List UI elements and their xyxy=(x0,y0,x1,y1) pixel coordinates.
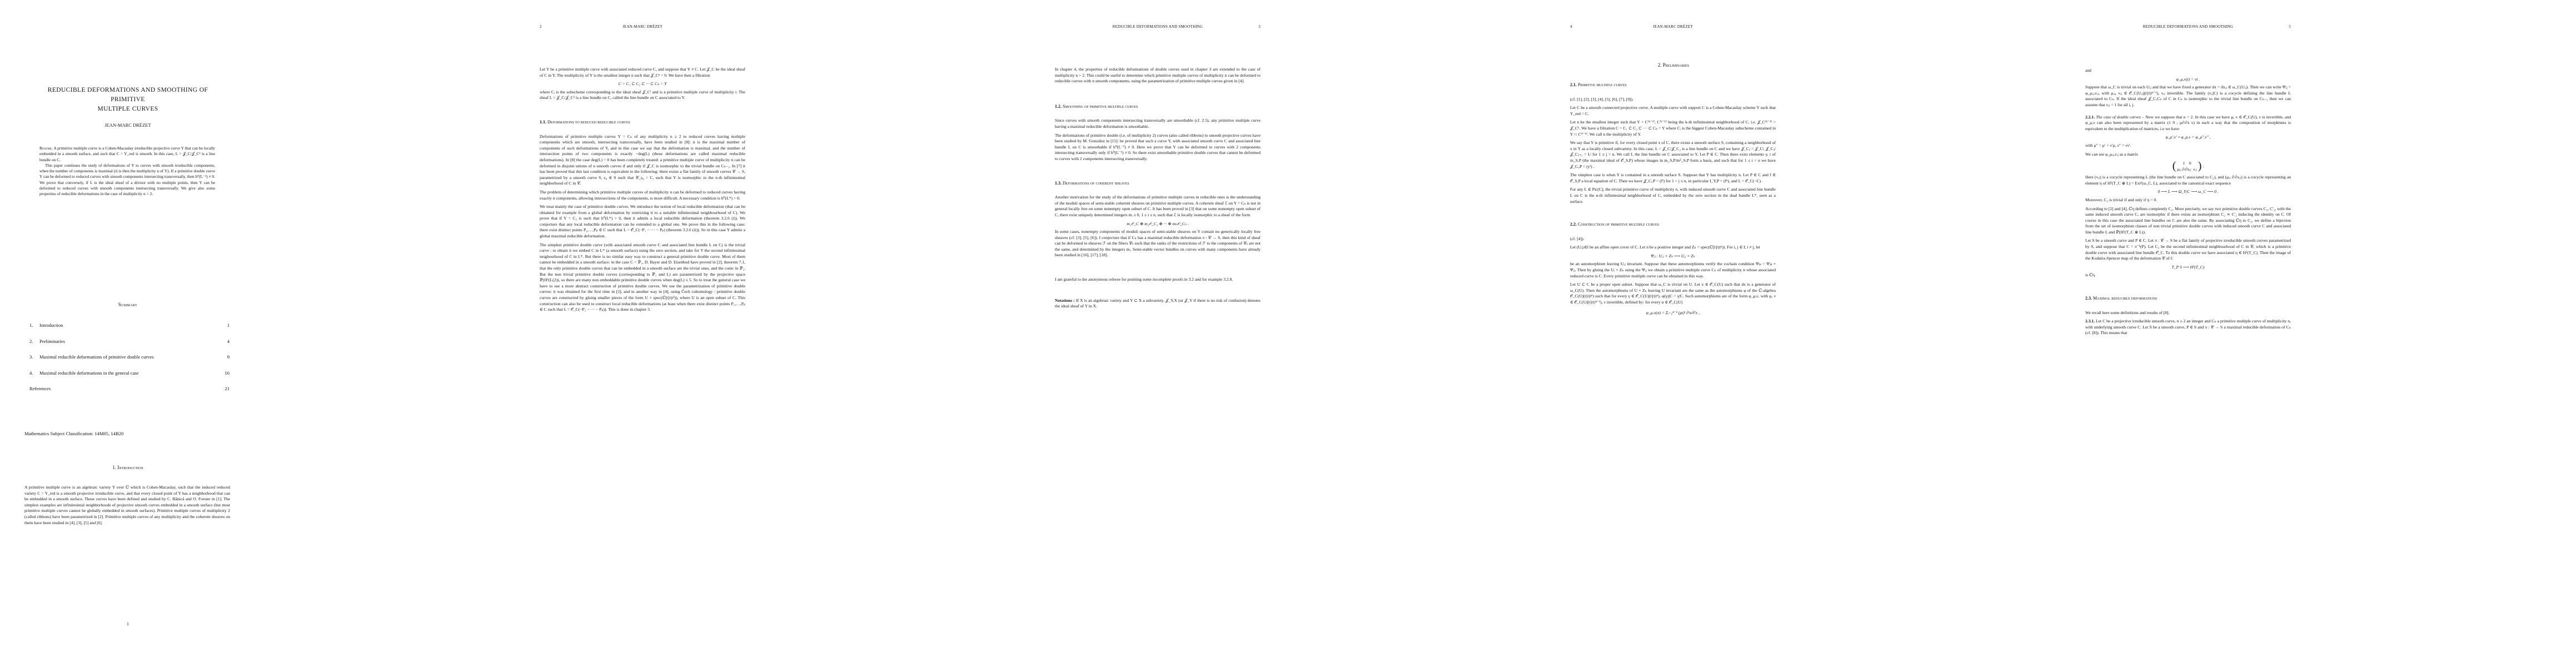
subsection-title: Construction of primitive multiple curve… xyxy=(1578,222,1659,227)
subsection-title: Smoothing of primitive multiple curves xyxy=(1063,104,1138,109)
equation-automorphism: Ψᵢⱼ : Uᵢⱼ × Zₙ ⟶ Uᵢⱼ × Zₙ xyxy=(1570,253,1776,260)
paragraph-title: The case of double curves xyxy=(2096,115,2140,120)
section-heading-preliminaries: 2. Preliminaries xyxy=(1546,62,1801,68)
equation-sheaf-form: m₁𝒪_C ⊕ m₂𝒪_C₂ ⊕ ··· ⊕ mₙ𝒪_Cₙ . xyxy=(1055,221,1260,227)
paragraph: be an automorphism leaving Uᵢⱼ invariant… xyxy=(1570,261,1776,279)
citation-list: (cf. [1], [2], [3], [4], [5], [6], [7], … xyxy=(1570,97,1776,103)
matrix-entry: 0 xyxy=(2189,161,2191,166)
subsection-number: 2.2. xyxy=(1570,222,1577,227)
paragraph-number: 2.2.1. xyxy=(2085,115,2095,120)
matrix-entry: 1 xyxy=(2183,161,2185,166)
subsection-title: Primitive multiple curves xyxy=(1578,82,1627,87)
equation-exact-sequence: 0 ⟶ L ⟶ Ω_Y|C ⟶ ω_C ⟶ 0 . xyxy=(2085,189,2291,195)
toc-entry-double-curves[interactable]: 3. Maximal reducible deformations of pri… xyxy=(29,354,230,370)
paragraph: Let (Uᵢ)ᵢ∈I be an affine open cover of C… xyxy=(1570,245,1776,251)
toc-page: 16 xyxy=(225,370,230,376)
paragraph-double-curves: 2.2.1. The case of double curves – Now w… xyxy=(2085,115,2291,132)
paragraph: Let U ⊂ C be a proper open subset. Suppo… xyxy=(1570,282,1776,305)
subsection-number: 2.1. xyxy=(1570,82,1577,87)
citation-list: (cf. [4]). xyxy=(1570,236,1776,242)
paragraph-text: Let C be a projective irreducible smooth… xyxy=(2085,318,2291,335)
notations-paragraph: Notations : If X is an algebraic variety… xyxy=(1055,298,1260,310)
toc-entry-general-case[interactable]: 4. Maximal reducible deformations in the… xyxy=(29,370,230,386)
header-page-number: 5 xyxy=(2289,24,2291,29)
paragraph: Let C be a smooth connected projective c… xyxy=(1570,105,1776,117)
page-3: REDUCIBLE DEFORMATIONS AND SMOOTHING 3 I… xyxy=(1030,0,1546,667)
subsection-heading-2-1: 2.1. Primitive multiple curves xyxy=(1570,82,1776,88)
equation-phi-t: φ_μ,ν(t) = νt . xyxy=(2085,77,2291,83)
paragraph: We can see φ_μᵢⱼ,νᵢⱼ as a matrix xyxy=(2085,152,2291,158)
equation-kodaira-spencer: T_P S ⟶ H¹(T_C) xyxy=(2085,265,2291,271)
toc-number: 1. xyxy=(29,322,33,328)
subsection-number: 2.3. xyxy=(2085,296,2092,301)
notations-label: Notations : xyxy=(1055,298,1075,303)
paragraph: Let Y be a primitive multiple curve with… xyxy=(540,67,745,78)
toc-number: 4. xyxy=(29,370,33,376)
page-4: 4 JEAN-MARC DRÉZET 2. Preliminaries 2.1.… xyxy=(1546,0,2061,667)
page-1: REDUCIBLE DEFORMATIONS AND SMOOTHING OF … xyxy=(0,0,515,667)
equation-filtration: C = C₁ ⊂ C₂ ⊂ ··· ⊂ Cₙ = Y xyxy=(540,81,745,87)
matrix-entry: νᵢⱼ xyxy=(2193,167,2197,172)
subsection-title: Maximal reducible deformations xyxy=(2093,296,2157,301)
subsection-heading-1-3: 1.3. Deformations of coherent sheaves xyxy=(1055,181,1260,187)
paragraph: The simplest primitive double curve (wit… xyxy=(540,242,745,313)
toc-label: References xyxy=(29,386,51,391)
paragraph: In chapter 4, the properties of reducibl… xyxy=(1055,67,1260,84)
paragraph: We say that Y is primitive if, for every… xyxy=(1570,140,1776,170)
page-2: 2 JEAN-MARC DRÉZET Let Y be a primitive … xyxy=(515,0,1030,667)
toc-label: Maximal reducible deformations in the ge… xyxy=(39,370,139,376)
notations-text: If X is an algebraic variety and Y ⊂ X a… xyxy=(1055,298,1260,309)
page-4-body: 2.1. Primitive multiple curves (cf. [1],… xyxy=(1570,82,1776,318)
toc-label: Introduction xyxy=(39,322,63,328)
paragraph: Suppose that ω_C is trivial on each Uᵢⱼ … xyxy=(2085,84,2291,108)
paper-title: REDUCIBLE DEFORMATIONS AND SMOOTHING OF … xyxy=(33,86,222,114)
paragraph: In some cases, nonempty components of mo… xyxy=(1055,229,1260,258)
toc-entry-preliminaries[interactable]: 2. Preliminaries 4 xyxy=(29,339,230,355)
toc-page: 1 xyxy=(227,322,230,328)
page-5-body: and φ_μ,ν(t) = νt . Suppose that ω_C is … xyxy=(2085,68,2291,339)
paragraph: Let S be a smooth curve and P ∈ C. Let π… xyxy=(2085,238,2291,261)
paragraph-2-3-1: 2.3.1. Let C be a projective irreducible… xyxy=(2085,318,2291,336)
subsection-heading-1-1: 1.1. Deformations to reduced reducible c… xyxy=(540,120,745,126)
intro-body: A primitive multiple curve is an algebra… xyxy=(24,485,230,529)
page-5: REDUCIBLE DEFORMATIONS AND SMOOTHING 5 a… xyxy=(2061,0,2576,667)
toc-page: 9 xyxy=(227,354,230,360)
toc-label: Preliminaries xyxy=(39,339,65,344)
subsection-title: Deformations of coherent sheaves xyxy=(1063,181,1129,186)
paragraph: For any L ∈ Pic(C), the trivial primitiv… xyxy=(1570,187,1776,205)
toc-page: 21 xyxy=(225,386,230,391)
header-page-number: 3 xyxy=(1258,24,1260,29)
intro-paragraph: A primitive multiple curve is an algebra… xyxy=(24,485,230,526)
toc-number: 3. xyxy=(29,354,33,360)
page-2-body: Let Y be a primitive multiple curve with… xyxy=(540,67,745,316)
toc-page: 4 xyxy=(227,339,230,344)
toc-entry-introduction[interactable]: 1. Introduction 1 xyxy=(29,322,230,339)
paragraph: with μ″ = μ′ + ν′μ, ν″ = νν′. xyxy=(2085,143,2291,149)
paragraph-number: 2.3.1. xyxy=(2085,318,2095,323)
paragraph: where Cᵢ is the subscheme corresponding … xyxy=(540,89,745,101)
paragraph: We treat mainly the case of primitive do… xyxy=(540,204,745,240)
toc-number: 2. xyxy=(29,339,33,344)
toc-entry-references[interactable]: References 21 xyxy=(29,386,230,402)
subsection-number: 1.3. xyxy=(1055,181,1062,186)
subsection-heading-1-2: 1.2. Smoothing of primitive multiple cur… xyxy=(1055,104,1260,110)
paragraph: Since curves with smooth components inte… xyxy=(1055,118,1260,130)
title-line-1: REDUCIBLE DEFORMATIONS AND SMOOTHING OF … xyxy=(33,86,222,104)
summary-heading: Summary xyxy=(0,302,256,307)
matrix: ( 1 0 μᵢⱼ ∂/∂xᵢⱼ νᵢⱼ ) . xyxy=(2085,160,2291,172)
paragraph: Here (νᵢⱼ) is a cocycle representing L (… xyxy=(2085,175,2291,186)
abstract: Resume. A primitive multiple curve is a … xyxy=(39,146,215,197)
paragraph: The problem of determining which primiti… xyxy=(540,190,745,201)
page-3-body: In chapter 4, the properties of reducibl… xyxy=(1055,67,1260,312)
header-author: JEAN-MARC DRÉZET xyxy=(540,24,745,29)
paragraph: According to [2] and [4], ℂη defines com… xyxy=(2085,206,2291,236)
acknowledgement: I am grateful to the anonymous referee f… xyxy=(1055,277,1260,283)
section-heading-introduction: 1. Introduction xyxy=(0,465,256,470)
header-title: REDUCIBLE DEFORMATIONS AND SMOOTHING xyxy=(1055,24,1260,29)
page-number: 1 xyxy=(0,621,256,626)
paragraph: Let n be the smallest integer such that … xyxy=(1570,120,1776,137)
equation-composition: φ_μ′,ν′ ∘ φ_μ,ν = φ_μ″,ν″ , xyxy=(2085,135,2291,141)
subsection-heading-2-3: 2.3. Maximal reducible deformations xyxy=(2085,296,2291,302)
toc-label: Maximal reducible deformations of primit… xyxy=(39,354,154,360)
paragraph: is ℂη. xyxy=(2085,272,2291,278)
abstract-paragraph-2: This paper continues the study of deform… xyxy=(39,163,215,197)
subsection-number: 1.2. xyxy=(1055,104,1062,109)
paragraph: and xyxy=(2085,68,2291,74)
paragraph: Another motivation for the study of the … xyxy=(1055,195,1260,218)
paragraph: We recall here some definitions and resu… xyxy=(2085,310,2291,316)
author-name: JEAN-MARC DRÉZET xyxy=(33,122,222,128)
abstract-paragraph-1: A primitive multiple curve is a Cohen-Ma… xyxy=(39,146,215,162)
table-of-contents: 1. Introduction 1 2. Preliminaries 4 3. … xyxy=(29,322,230,402)
title-line-2: MULTIPLE CURVES xyxy=(33,104,222,114)
abstract-label: Resume. xyxy=(39,146,53,151)
header-title: REDUCIBLE DEFORMATIONS AND SMOOTHING xyxy=(2085,24,2291,29)
equation-phi-sum: φ_μ,ν(α) = Σᵢ₌₀ⁿ⁻¹ (μt)ⁱ ∂ⁱα/∂ⁱx , xyxy=(1570,310,1776,316)
subsection-number: 1.1. xyxy=(540,120,546,125)
paragraph: Deformations of primitive multiple curve… xyxy=(540,134,745,187)
header-author: JEAN-MARC DRÉZET xyxy=(1570,24,1776,29)
paragraph: Moreover, C₂ is trivial if and only if η… xyxy=(2085,197,2291,203)
paragraph: The simplest case is when Y is contained… xyxy=(1570,172,1776,184)
matrix-entry: μᵢⱼ ∂/∂xᵢⱼ xyxy=(2177,167,2191,172)
paragraph: The deformations of primitive double (i.… xyxy=(1055,133,1260,162)
subject-classification: Mathematics Subject Classification: 14M0… xyxy=(24,431,123,436)
subsection-title: Deformations to reduced reducible curves xyxy=(547,120,630,125)
subsection-heading-2-2: 2.2. Construction of primitive multiple … xyxy=(1570,222,1776,228)
